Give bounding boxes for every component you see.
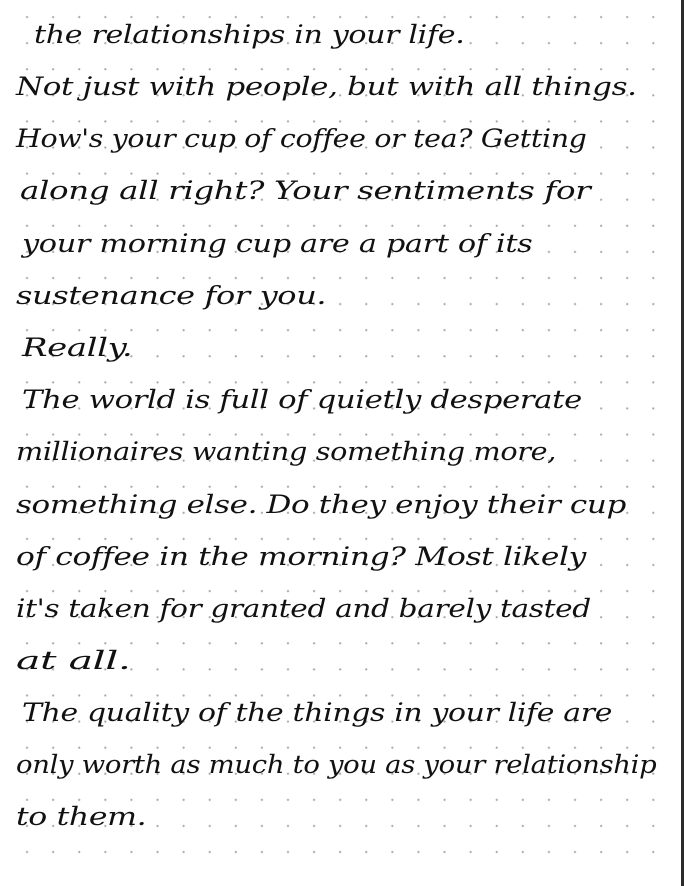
text-line: something else. Do they enjoy their cup [16, 490, 626, 520]
text-line: your morning cup are a part of its [22, 229, 532, 259]
text-line: of coffee in the morning? Most likely [16, 542, 586, 572]
text-line: the relationships in your life. [34, 20, 464, 50]
text-line: The quality of the things in your life a… [22, 698, 612, 728]
text-line: at all. [16, 646, 130, 676]
text-line: to them. [16, 802, 146, 832]
text-line: millionaires wanting something more, [16, 437, 556, 467]
text-line: sustenance for you. [16, 281, 326, 311]
text-line: How's your cup of coffee or tea? Getting [16, 124, 587, 154]
text-line: Not just with people, but with all thing… [16, 72, 637, 102]
text-line: along all right? Your sentiments for [20, 176, 590, 206]
text-line: only worth as much to you as your relati… [16, 750, 656, 780]
text-line: it's taken for granted and barely tasted [16, 594, 591, 624]
text-line: Really. [22, 333, 132, 363]
handwritten-text: the relationships in your life. Not just… [0, 0, 681, 886]
text-line: The world is full of quietly desperate [22, 385, 582, 415]
